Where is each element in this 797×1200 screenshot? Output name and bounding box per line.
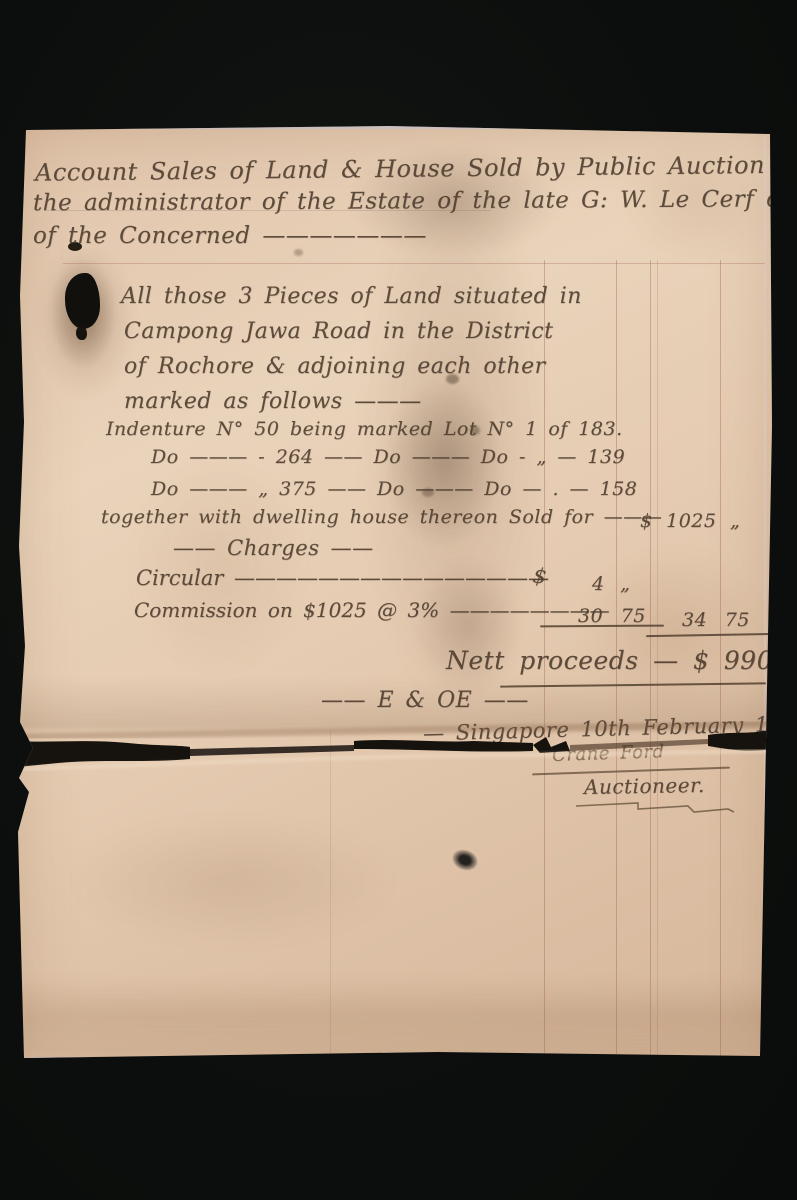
paper-crease <box>330 730 331 1056</box>
stain <box>68 816 398 946</box>
signature: Crane Ford <box>552 741 665 766</box>
worm-hole <box>65 273 100 329</box>
nett-underline <box>500 682 766 687</box>
total-amount: 34 75 <box>682 609 750 631</box>
ink-spot <box>294 249 303 256</box>
eoe-line: —— E & OE —— <box>321 688 529 713</box>
header-line-3: of the Concerned ——————— <box>33 223 427 249</box>
nett-proceeds-line: Nett proceeds — $ 990 25 <box>446 646 797 675</box>
paper-top-edge <box>48 126 748 129</box>
together-line: together with dwelling house thereon Sol… <box>101 506 662 528</box>
ruled-line-horizontal <box>63 263 765 264</box>
auctioneer-title: Auctioneer. <box>584 773 705 799</box>
document-paper: Account Sales of Land & House Sold by Pu… <box>18 126 772 1062</box>
auctioneer-flourish <box>576 800 736 814</box>
body-line-2: Campong Jawa Road in the District <box>124 319 554 344</box>
ditto-row-1: Do ——— - 264 —— Do ——— Do - „ — 139 <box>151 446 625 468</box>
sold-amount: $ 1025 „ <box>640 510 740 532</box>
date-line: — Singapore 10th February 1864 — <box>423 711 797 746</box>
body-line-4: marked as follows ——— <box>124 389 422 414</box>
header-line-1: Account Sales of Land & House Sold by Pu… <box>35 149 797 186</box>
commission-underline <box>540 625 664 628</box>
body-line-1: All those 3 Pieces of Land situated in <box>121 284 582 309</box>
commission-amount: 30 75 <box>578 605 646 627</box>
stain <box>18 976 772 1056</box>
body-line-3: of Rochore & adjoining each other <box>124 354 546 379</box>
dark-smudge <box>449 846 480 874</box>
circular-amount: 4 „ <box>592 573 630 595</box>
paper-right-edge <box>764 136 766 1051</box>
worm-hole <box>76 326 87 340</box>
stain <box>578 546 768 716</box>
ditto-row-2: Do ——— „ 375 —— Do ——— Do — . — 158 <box>151 478 637 500</box>
indenture-line: Indenture N° 50 being marked Lot N° 1 of… <box>106 418 623 440</box>
header-line-2: the administrator of the Estate of the l… <box>33 186 797 217</box>
circular-label: Circular ——————————————— <box>136 566 549 590</box>
scanned-document-page: { "document": { "header": { "line1": "Ac… <box>0 0 797 1200</box>
total-underline <box>646 633 776 637</box>
paper-bottom-edge <box>28 1057 758 1060</box>
charges-heading: —— Charges —— <box>173 536 374 560</box>
commission-label: Commission on $1025 @ 3% ———————— <box>134 598 610 622</box>
